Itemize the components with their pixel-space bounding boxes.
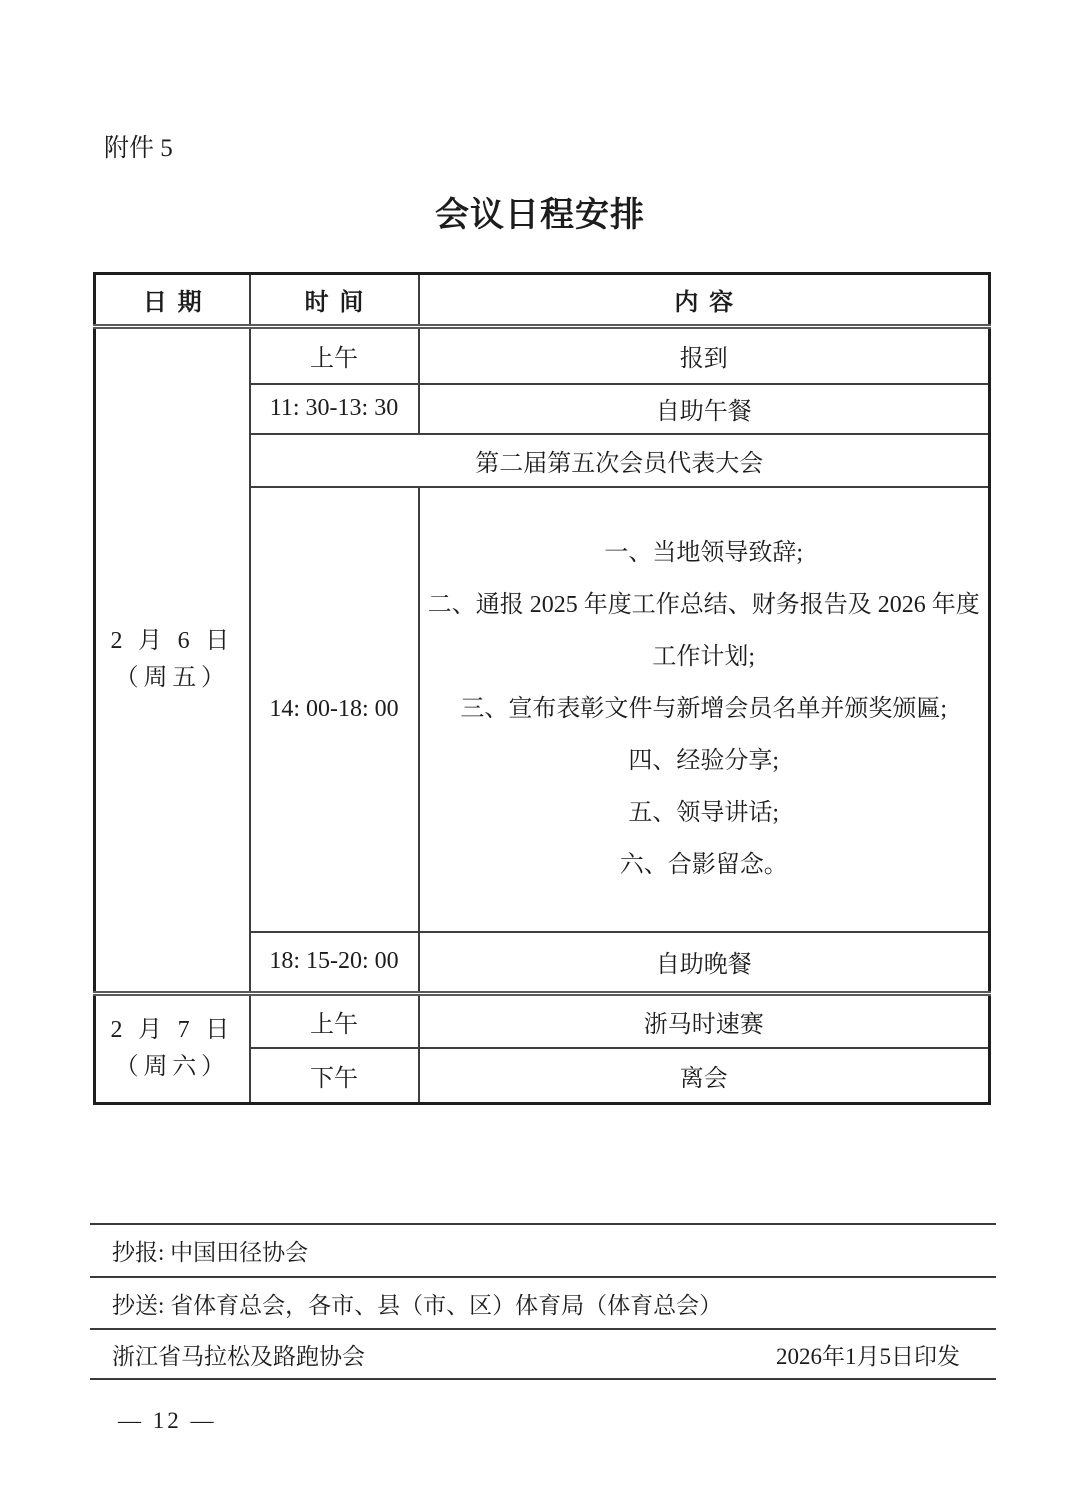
page-number: — 12 —: [118, 1408, 217, 1434]
header-cell-date: 日期: [95, 274, 250, 327]
day2-morning-time: 上午: [250, 994, 419, 1048]
header-cell-content: 内容: [419, 274, 990, 327]
day1-morning-content: 报到: [419, 327, 990, 384]
row-day2-morning: 2 月 7 日 （周六） 上午 浙马时速赛: [95, 994, 990, 1048]
agenda-item-2: 二、通报 2025 年度工作总结、财务报告及 2026 年度工作计划;: [420, 579, 989, 683]
day1-session-time: 14: 00-18: 00: [250, 487, 419, 932]
row-day1-morning: 2 月 6 日 （周五） 上午 报到: [95, 327, 990, 384]
day2-afternoon-time: 下午: [250, 1048, 419, 1104]
day1-date-cell: 2 月 6 日 （周五）: [95, 327, 250, 994]
day1-morning-time: 上午: [250, 327, 419, 384]
footer-copy-send-row: 抄送: 省体育总会，各市、县（市、区）体育局（体育总会）: [90, 1276, 996, 1328]
day2-afternoon-content: 离会: [419, 1048, 990, 1104]
issuer-text: 浙江省马拉松及路跑协会: [112, 1338, 365, 1371]
schedule-table: 日期 时间 内容 2 月 6 日 （周五） 上午 报到 11: 30-13: 3…: [93, 272, 991, 1105]
agenda-item-3: 三、宣布表彰文件与新增会员名单并颁奖颁匾;: [420, 683, 989, 735]
day2-date-cell: 2 月 7 日 （周六）: [95, 994, 250, 1104]
page-title: 会议日程安排: [0, 195, 1080, 235]
day1-session-agenda-cell: 一、当地领导致辞; 二、通报 2025 年度工作总结、财务报告及 2026 年度…: [419, 487, 990, 932]
day1-lunch-time: 11: 30-13: 30: [250, 384, 419, 434]
day2-date-line1: 2 月 7 日: [96, 1012, 249, 1049]
agenda-item-5: 五、领导讲话;: [420, 787, 989, 839]
day2-date-line2: （周六）: [96, 1049, 249, 1086]
schedule-table-wrap: 日期 时间 内容 2 月 6 日 （周五） 上午 报到 11: 30-13: 3…: [93, 272, 991, 1105]
document-page: 附件 5 会议日程安排 日期 时间 内容 2 月 6 日 （周五）: [0, 0, 1080, 1488]
day1-date-line1: 2 月 6 日: [96, 623, 249, 660]
day1-dinner-time: 18: 15-20: 00: [250, 932, 419, 994]
table-header-row: 日期 时间 内容: [95, 274, 990, 327]
copy-send-text: 抄送: 省体育总会，各市、县（市、区）体育局（体育总会）: [112, 1287, 722, 1320]
header-cell-time: 时间: [250, 274, 419, 327]
day1-lunch-content: 自助午餐: [419, 384, 990, 434]
day2-morning-content: 浙马时速赛: [419, 994, 990, 1048]
agenda-item-1: 一、当地领导致辞;: [420, 527, 989, 579]
agenda-item-4: 四、经验分享;: [420, 735, 989, 787]
day1-assembly-title-cell: 第二届第五次会员代表大会: [250, 434, 990, 487]
day1-dinner-content: 自助晚餐: [419, 932, 990, 994]
footer-copy-report-row: 抄报: 中国田径协会: [90, 1223, 996, 1276]
document-footer: 抄报: 中国田径协会 抄送: 省体育总会，各市、县（市、区）体育局（体育总会） …: [90, 1223, 996, 1380]
day1-date-line2: （周五）: [96, 660, 249, 697]
agenda-item-6: 六、合影留念。: [420, 839, 989, 891]
issue-date-text: 2026年1月5日印发: [776, 1338, 960, 1371]
attachment-label: 附件 5: [104, 134, 173, 164]
footer-issuer-row: 浙江省马拉松及路跑协会 2026年1月5日印发: [90, 1328, 996, 1380]
copy-report-text: 抄报: 中国田径协会: [112, 1234, 308, 1267]
